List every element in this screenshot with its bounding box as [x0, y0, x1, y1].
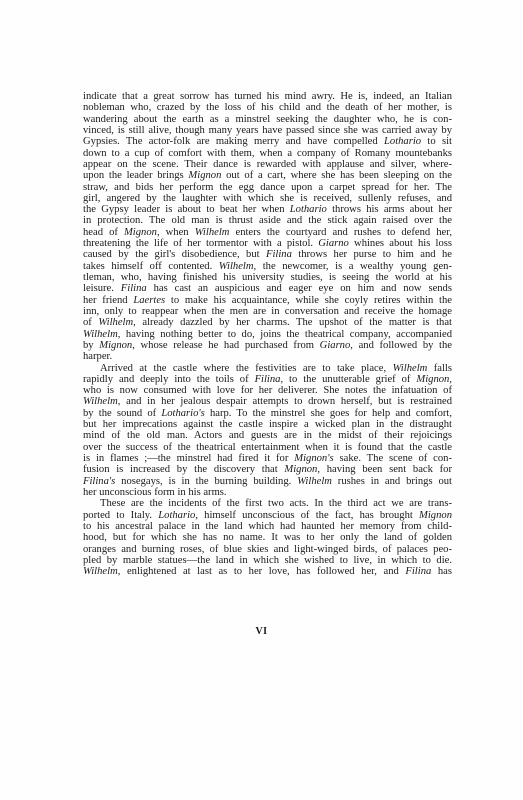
- text-run: takes himself off contented.: [83, 261, 219, 272]
- text-line: pled by marble statues—the land in which…: [83, 555, 452, 566]
- text-run: the Gypsy leader is about to beat her wh…: [83, 204, 290, 215]
- text-run: over the success of the theatrical enter…: [83, 442, 452, 453]
- text-line: by the sound of Lothario's harp. To the …: [83, 408, 452, 419]
- text-line: wandering about the earth as a minstrel …: [83, 114, 452, 125]
- text-line: rapidly and deeply into the toils of Fil…: [83, 374, 452, 385]
- paragraph: indicate that a great sorrow has turned …: [83, 91, 452, 363]
- italic-name: Wilhelm: [83, 329, 118, 340]
- italic-name: Lothario: [290, 204, 327, 215]
- text-line: Wilhelm, enlightened at last as to her l…: [83, 566, 452, 577]
- text-line: Wilhelm, having nothing better to do, jo…: [83, 329, 452, 340]
- text-run: , and in her jealous despair attempts to…: [118, 396, 452, 407]
- italic-name: Giarno: [318, 238, 349, 249]
- text-line: Filina's nosegays, is in the burning bui…: [83, 476, 452, 487]
- text-run: , having been sent back for: [317, 464, 452, 475]
- text-run: inn, only to reappear when the men are i…: [83, 306, 452, 317]
- text-run: nosegays, is in the burning building.: [115, 476, 297, 487]
- text-run: , already dazzled by her charms. The ups…: [133, 317, 452, 328]
- text-run: Arrived at the castle where the festivit…: [100, 363, 393, 374]
- text-run: vinced, is still alive, though many year…: [83, 125, 452, 136]
- text-run: to his ancestral palace in the land whic…: [83, 521, 452, 532]
- book-page: indicate that a great sorrow has turned …: [0, 0, 523, 800]
- text-run: ,: [449, 374, 452, 385]
- text-run: mind of the old man. Actors and guests a…: [83, 430, 452, 441]
- italic-name: Filina: [405, 566, 431, 577]
- text-run: harper.: [83, 351, 112, 362]
- italic-name: Wilhelm: [98, 317, 133, 328]
- text-line: Gypsies. The actor-folk are making merry…: [83, 136, 452, 147]
- italic-name: Filina: [255, 374, 281, 385]
- text-line: nobleman who, crazed by the loss of his …: [83, 102, 452, 113]
- text-run: rapidly and deeply into the toils of: [83, 374, 255, 385]
- text-run: by: [83, 340, 99, 351]
- text-line: her unconscious form in his arms.: [83, 487, 452, 498]
- text-run: sake. The scene of con-: [334, 453, 452, 464]
- text-line: head of Mignon, when Wilhelm enters the …: [83, 227, 452, 238]
- italic-name: Wilhelm: [195, 227, 230, 238]
- page-number: VI: [0, 626, 523, 637]
- text-run: throws his arms about her: [327, 204, 452, 215]
- text-run: her unconscious form in his arms.: [83, 487, 227, 498]
- text-run: throws her purse to him and he: [292, 249, 452, 260]
- text-run: , to the unutterable grief of: [280, 374, 416, 385]
- text-run: harp. To the minstrel she goes for help …: [205, 408, 452, 419]
- text-run: girl, angered by the laughter with which…: [83, 193, 452, 204]
- text-run: , when: [157, 227, 195, 238]
- text-line: oranges and burning roses, of blue skies…: [83, 544, 452, 555]
- italic-name: Wilhelm: [393, 363, 428, 374]
- italic-name: Laertes: [133, 295, 165, 306]
- italic-name: Mignon: [188, 170, 221, 181]
- text-line: is in flames ;—the minstrel had fired it…: [83, 453, 452, 464]
- italic-name: Lothario: [158, 510, 195, 521]
- text-line: girl, angered by the laughter with which…: [83, 193, 452, 204]
- text-run: has: [431, 566, 452, 577]
- text-run: nobleman who, crazed by the loss of his …: [83, 102, 452, 113]
- italic-name: Wilhelm: [83, 396, 118, 407]
- text-line: caused by the girl's disobedience, but F…: [83, 249, 452, 260]
- text-line: by Mignon, whose release he had purchase…: [83, 340, 452, 351]
- text-run: by the sound of: [83, 408, 161, 419]
- paragraph: Arrived at the castle where the festivit…: [83, 363, 452, 499]
- text-run: her friend: [83, 295, 133, 306]
- text-line: the Gypsy leader is about to beat her wh…: [83, 204, 452, 215]
- text-line: down to a cup of comfort with them, when…: [83, 148, 452, 159]
- body-text: indicate that a great sorrow has turned …: [83, 91, 452, 577]
- text-run: but her imprecations against the castle …: [83, 419, 452, 430]
- text-line: to his ancestral palace in the land whic…: [83, 521, 452, 532]
- text-run: , and followed by the: [350, 340, 452, 351]
- italic-name: Filina: [266, 249, 292, 260]
- text-line: vinced, is still alive, though many year…: [83, 125, 452, 136]
- text-run: caused by the girl's disobedience, but: [83, 249, 266, 260]
- text-run: rushes in and brings out: [332, 476, 452, 487]
- text-run: , the newcomer, is a wealthy young gen-: [254, 261, 452, 272]
- italic-name: Filina's: [83, 476, 115, 487]
- text-line: appear on the scene. Their dance is rewa…: [83, 159, 452, 170]
- text-run: to sit: [421, 136, 452, 147]
- text-run: threatening the life of her tormentor wi…: [83, 238, 318, 249]
- italic-name: Mignon: [416, 374, 449, 385]
- text-run: falls: [427, 363, 452, 374]
- text-run: is in flames ;—the minstrel had fired it…: [83, 453, 294, 464]
- text-line: leisure. Filina has cast an auspicious a…: [83, 283, 452, 294]
- text-run: upon the leader brings: [83, 170, 188, 181]
- text-run: tleman, who, having finished his univers…: [83, 272, 452, 283]
- text-run: , enlightened at last as to her love, ha…: [118, 566, 406, 577]
- text-run: Gypsies. The actor-folk are making merry…: [83, 136, 384, 147]
- italic-name: Mignon: [284, 464, 317, 475]
- italic-name: Filina: [121, 283, 147, 294]
- italic-name: Lothario's: [161, 408, 204, 419]
- text-line: her friend Laertes to make his acquainta…: [83, 295, 452, 306]
- italic-name: Wilhelm: [83, 566, 118, 577]
- text-run: straw, and bids her perform the egg danc…: [83, 182, 452, 193]
- italic-name: Giarno: [320, 340, 351, 351]
- text-run: ported to Italy.: [83, 510, 158, 521]
- italic-name: Wilhelm: [219, 261, 254, 272]
- text-line: takes himself off contented. Wilhelm, th…: [83, 261, 452, 272]
- italic-name: Mignon: [124, 227, 157, 238]
- text-line: hood, but for which she has no name. It …: [83, 532, 452, 543]
- text-run: hood, but for which she has no name. It …: [83, 532, 452, 543]
- text-run: These are the incidents of the first two…: [100, 498, 452, 509]
- text-run: pled by marble statues—the land in which…: [83, 555, 452, 566]
- text-line: Wilhelm, and in her jealous despair atte…: [83, 396, 452, 407]
- text-line: threatening the life of her tormentor wi…: [83, 238, 452, 249]
- text-run: leisure.: [83, 283, 121, 294]
- text-run: wandering about the earth as a minstrel …: [83, 114, 452, 125]
- italic-name: Mignon: [99, 340, 132, 351]
- text-line: These are the incidents of the first two…: [83, 498, 452, 509]
- text-line: mind of the old man. Actors and guests a…: [83, 430, 452, 441]
- text-run: has cast an auspicious and eager eye on …: [147, 283, 452, 294]
- italic-name: Lothario: [384, 136, 421, 147]
- text-run: fusion is increased by the discovery tha…: [83, 464, 284, 475]
- text-run: indicate that a great sorrow has turned …: [83, 91, 452, 102]
- text-run: , whose release he had purchased from: [132, 340, 319, 351]
- text-run: head of: [83, 227, 124, 238]
- text-run: , having nothing better to do, joins the…: [118, 329, 452, 340]
- italic-name: Mignon: [419, 510, 452, 521]
- text-run: out of a cart, where she has been sleepi…: [221, 170, 452, 181]
- text-run: whines about his loss: [349, 238, 452, 249]
- text-run: who is now consumed with love for her de…: [83, 385, 452, 396]
- italic-name: Wilhelm: [297, 476, 332, 487]
- text-line: who is now consumed with love for her de…: [83, 385, 452, 396]
- text-line: but her imprecations against the castle …: [83, 419, 452, 430]
- text-run: to make his acquaintance, while she coyl…: [165, 295, 452, 306]
- text-line: inn, only to reappear when the men are i…: [83, 306, 452, 317]
- text-line: fusion is increased by the discovery tha…: [83, 464, 452, 475]
- text-line: over the success of the theatrical enter…: [83, 442, 452, 453]
- text-run: , himself unconscious of the fact, has b…: [195, 510, 419, 521]
- text-line: upon the leader brings Mignon out of a c…: [83, 170, 452, 181]
- text-run: of: [83, 317, 98, 328]
- paragraph: These are the incidents of the first two…: [83, 498, 452, 577]
- text-line: Arrived at the castle where the festivit…: [83, 363, 452, 374]
- text-run: oranges and burning roses, of blue skies…: [83, 544, 452, 555]
- text-run: enters the courtyard and rushes to defen…: [229, 227, 452, 238]
- text-run: appear on the scene. Their dance is rewa…: [83, 159, 452, 170]
- text-line: tleman, who, having finished his univers…: [83, 272, 452, 283]
- text-run: in protection. The old man is thrust asi…: [83, 215, 452, 226]
- text-line: harper.: [83, 351, 452, 362]
- text-line: in protection. The old man is thrust asi…: [83, 215, 452, 226]
- italic-name: Mignon's: [294, 453, 333, 464]
- text-line: straw, and bids her perform the egg danc…: [83, 182, 452, 193]
- text-line: of Wilhelm, already dazzled by her charm…: [83, 317, 452, 328]
- text-run: down to a cup of comfort with them, when…: [83, 148, 452, 159]
- text-line: indicate that a great sorrow has turned …: [83, 91, 452, 102]
- text-line: ported to Italy. Lothario, himself uncon…: [83, 510, 452, 521]
